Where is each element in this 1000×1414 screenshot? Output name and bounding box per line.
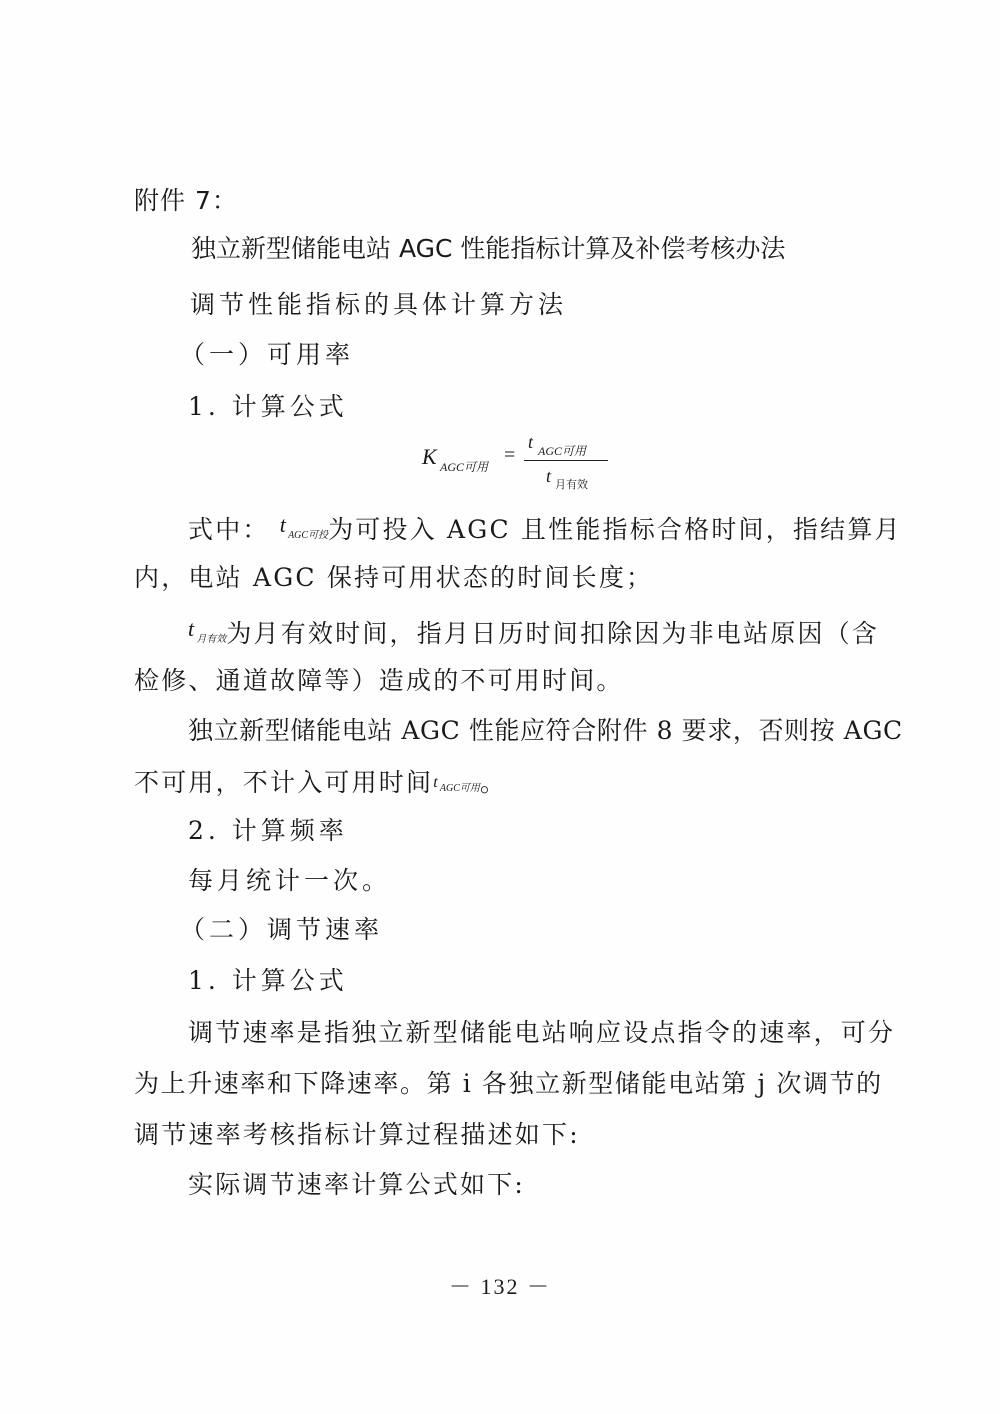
document-title: 独立新型储能电站 AGC 性能指标计算及补偿考核办法: [191, 234, 785, 264]
subsection-1-2-heading: 2. 计算频率: [188, 816, 348, 846]
inline-var: t: [280, 512, 288, 537]
section-heading: 调节性能指标的具体计算方法: [190, 290, 567, 320]
section-2-heading: （二）调节速率: [180, 915, 383, 945]
formula-numerator-sub: AGC可用: [538, 442, 586, 459]
inline-var-sub: 月有效: [196, 634, 226, 645]
formula-numerator-var: t: [528, 432, 533, 453]
inline-var: t: [433, 774, 440, 791]
paragraph-line: 式中： tAGC可投为可投入 AGC 且性能指标合格时间，指结算月: [188, 510, 902, 551]
subsection-1-1-heading: 1. 计算公式: [188, 392, 348, 422]
paragraph-text: 不可用，不计入可用时间: [134, 768, 433, 797]
availability-formula: K AGC可用 = t AGC可用 t 月有效: [420, 432, 600, 492]
formula-intro: 实际调节速率计算公式如下:: [188, 1170, 525, 1200]
where-prefix: 式中：: [188, 515, 270, 544]
document-page: 附件 7： 独立新型储能电站 AGC 性能指标计算及补偿考核办法 调节性能指标的…: [0, 0, 1000, 1414]
paragraph-line: 内，电站 AGC 保持可用状态的时间长度；: [134, 563, 653, 593]
paragraph-line: 调节速率考核指标计算过程描述如下:: [134, 1120, 580, 1150]
frequency-text: 每月统计一次。: [188, 866, 391, 896]
formula-denominator-var: t: [546, 466, 551, 487]
paragraph-line: 为上升速率和下降速率。第 i 各独立新型储能电站第 j 次调节的: [134, 1069, 883, 1099]
paragraph-line: 调节速率是指独立新型储能电站响应设点指令的速率，可分: [188, 1018, 895, 1048]
formula-lhs-sub: AGC可用: [440, 458, 488, 475]
formula-equals: =: [504, 444, 515, 467]
paragraph-text: 为可投入 AGC 且性能指标合格时间，指结算月: [328, 515, 902, 544]
paragraph-line: 独立新型储能电站 AGC 性能应符合附件 8 要求，否则按 AGC: [188, 716, 903, 746]
inline-var-sub: AGC可投: [288, 530, 328, 541]
formula-denominator-sub: 月有效: [555, 476, 588, 492]
annex-label: 附件 7：: [134, 186, 238, 216]
subsection-2-1-heading: 1. 计算公式: [188, 966, 348, 996]
paragraph-text: 为月有效时间，指月日历时间扣除因为非电站原因（含: [226, 619, 879, 648]
inline-var-sub: AGC可用: [440, 783, 480, 794]
formula-lhs-var: K: [422, 444, 437, 470]
fraction-bar: [524, 460, 608, 461]
paragraph-line: 检修、通道故障等）造成的不可用时间。: [134, 666, 624, 696]
paragraph-line: t月有效为月有效时间，指月日历时间扣除因为非电站原因（含: [188, 614, 879, 655]
paragraph-line: 不可用，不计入可用时间tAGC可用。: [134, 768, 507, 804]
paragraph-text: 。: [480, 768, 507, 797]
page-number: － 132 －: [0, 1270, 1000, 1301]
section-1-heading: （一）可用率: [180, 340, 354, 370]
